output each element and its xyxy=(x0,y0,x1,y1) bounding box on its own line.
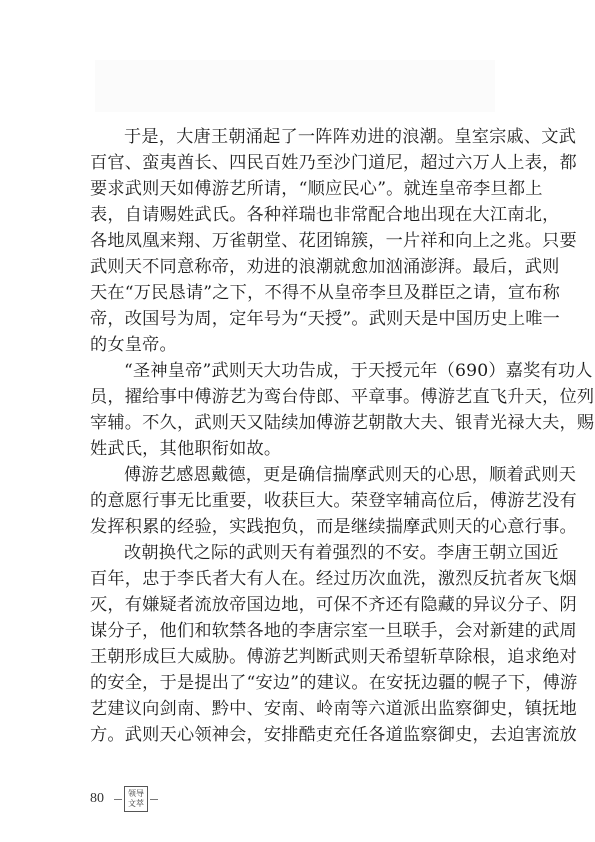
page-number: 80 xyxy=(90,791,104,807)
body-text: 于是，大唐王朝涌起了一阵阵劝进的浪潮。皇室宗戚、文武 百官、蛮夷酋长、四民百姓乃… xyxy=(90,124,516,748)
text-line: 武则天不同意称帝，劝进的浪潮就愈加汹涌澎湃。最后，武则 xyxy=(90,254,516,280)
text-line: 姓武氏，其他职衔如故。 xyxy=(90,436,516,462)
text-line: 于是，大唐王朝涌起了一阵阵劝进的浪潮。皇室宗戚、文武 xyxy=(90,124,516,150)
page-footer: 80 领导 文萃 xyxy=(90,787,160,811)
text-line: 的女皇帝。 xyxy=(90,332,516,358)
text-line: 表，自请赐姓武氏。各种祥瑞也非常配合地出现在大江南北， xyxy=(90,202,516,228)
text-line: 艺建议向剑南、黔中、安南、岭南等六道派出监察御史，镇抚地 xyxy=(90,696,516,722)
text-line: 天在“万民恳请”之下，不得不从皇帝李旦及群臣之请，宣布称 xyxy=(90,280,516,306)
text-line: 王朝形成巨大威胁。傅游艺判断武则天希望斩草除根，追求绝对 xyxy=(90,644,516,670)
text-line: 百年，忠于李氏者大有人在。经过历次血洗，激烈反抗者灰飞烟 xyxy=(90,566,516,592)
text-line: 宰辅。不久，武则天又陆续加傅游艺朝散大夫、银青光禄大夫，赐 xyxy=(90,410,516,436)
text-line: 方。武则天心领神会，安排酷吏充任各道监察御史，去迫害流放 xyxy=(90,722,516,748)
text-line: 要求武则天如傅游艺所请，“顺应民心”。就连皇帝李旦都上 xyxy=(90,176,516,202)
header-blank-area xyxy=(95,60,495,112)
divider xyxy=(114,799,122,800)
text-line: 帝，改国号为周，定年号为“天授”。武则天是中国历史上唯一 xyxy=(90,306,516,332)
magazine-logo: 领导 文萃 xyxy=(124,786,148,812)
text-line: 发挥积累的经验，实践抱负，而是继续揣摩武则天的心意行事。 xyxy=(90,514,516,540)
text-line: “圣神皇帝”武则天大功告成，于天授元年（690）嘉奖有功人 xyxy=(90,358,516,384)
divider xyxy=(150,799,158,800)
text-line: 员，擢给事中傅游艺为鸾台侍郎、平章事。傅游艺直飞升天，位列 xyxy=(90,384,516,410)
text-line: 的安全，于是提出了“安边”的建议。在安抚边疆的幌子下，傅游 xyxy=(90,670,516,696)
text-line: 傅游艺感恩戴德，更是确信揣摩武则天的心思，顺着武则天 xyxy=(90,462,516,488)
logo-text-top: 领导 xyxy=(128,789,144,799)
text-line: 百官、蛮夷酋长、四民百姓乃至沙门道尼，超过六万人上表，都 xyxy=(90,150,516,176)
text-line: 改朝换代之际的武则天有着强烈的不安。李唐王朝立国近 xyxy=(90,540,516,566)
text-line: 的意愿行事无比重要，收获巨大。荣登宰辅高位后，傅游艺没有 xyxy=(90,488,516,514)
text-line: 各地凤凰来翔、万雀朝堂、花团锦簇，一片祥和向上之兆。只要 xyxy=(90,228,516,254)
logo-text-bottom: 文萃 xyxy=(128,799,144,809)
text-line: 谋分子，他们和软禁各地的李唐宗室一旦联手，会对新建的武周 xyxy=(90,618,516,644)
text-line: 灭，有嫌疑者流放帝国边地，可保不齐还有隐藏的异议分子、阴 xyxy=(90,592,516,618)
